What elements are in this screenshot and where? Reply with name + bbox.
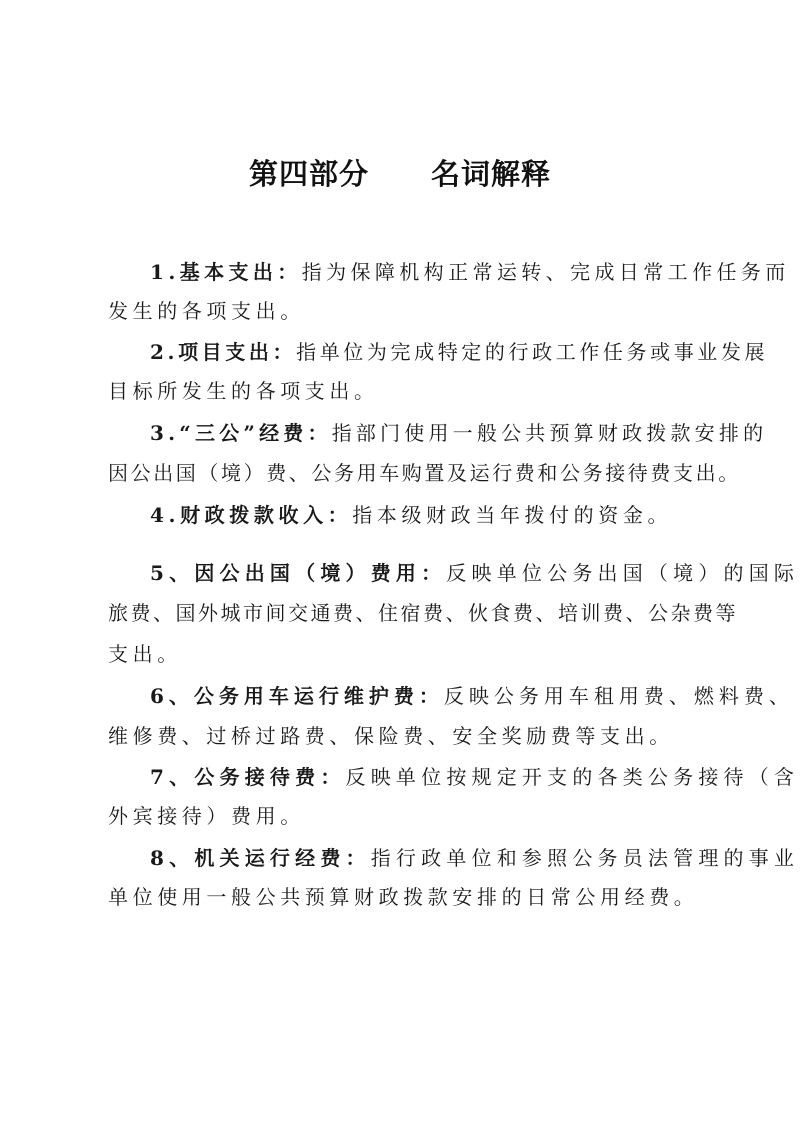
entry-text: 指为保障机构正常运转、完成日常工作任务而 — [302, 260, 790, 284]
entry-term: 4.财政拨款收入： — [150, 503, 352, 527]
entry-term: 2.项目支出： — [150, 340, 296, 364]
entry-text: 指部门使用一般公共预算财政拨款安排的 — [332, 421, 768, 445]
entry-text: 反映公务用车租用费、燃料费、 — [444, 684, 794, 708]
entry-3-line-1: 3.“三公”经费：指部门使用一般公共预算财政拨款安排的 — [150, 420, 710, 446]
title-name: 名词解释 — [431, 157, 551, 191]
entry-2-line-1: 2.项目支出：指单位为完成特定的行政工作任务或事业发展 — [150, 339, 710, 365]
entry-text: 反映单位公务出国（境）的国际 — [446, 561, 799, 585]
entry-8-line-2: 单位使用一般公共预算财政拨款安排的日常公用经费。 — [108, 884, 708, 910]
entry-text: 指行政单位和参照公务员法管理的事业 — [371, 846, 799, 870]
entry-term: 3.“三公”经费： — [150, 421, 332, 445]
entry-5-line-3: 支出。 — [108, 641, 708, 667]
entry-term: 5、因公出国（境）费用： — [150, 561, 446, 585]
entry-1-line-2: 发生的各项支出。 — [108, 298, 708, 324]
entry-5-line-1: 5、因公出国（境）费用：反映单位公务出国（境）的国际 — [150, 560, 710, 586]
entry-5-line-2: 旅费、国外城市间交通费、住宿费、伙食费、培训费、公杂费等 — [108, 600, 708, 626]
entry-text: 反映单位按规定开支的各类公务接待（含 — [346, 765, 800, 789]
entry-2-line-2: 目标所发生的各项支出。 — [108, 378, 708, 404]
page-title: 第四部分名词解释 — [0, 152, 800, 193]
entry-term: 1.基本支出： — [150, 260, 302, 284]
entry-3-line-2: 因公出国（境）费、公务用车购置及运行费和公务接待费支出。 — [108, 460, 708, 486]
entry-4-line-1: 4.财政拨款收入：指本级财政当年拨付的资金。 — [150, 502, 710, 528]
entry-6-line-1: 6、公务用车运行维护费：反映公务用车租用费、燃料费、 — [150, 683, 710, 709]
entry-term: 6、公务用车运行维护费： — [150, 684, 444, 708]
entry-text: 指本级财政当年拨付的资金。 — [352, 503, 672, 527]
entry-8-line-1: 8、机关运行经费：指行政单位和参照公务员法管理的事业 — [150, 845, 710, 871]
entry-term: 8、机关运行经费： — [150, 846, 371, 870]
entry-7-line-1: 7、公务接待费：反映单位按规定开支的各类公务接待（含 — [150, 764, 710, 790]
entry-1-line-1: 1.基本支出：指为保障机构正常运转、完成日常工作任务而 — [150, 259, 710, 285]
entry-6-line-2: 维修费、过桥过路费、保险费、安全奖励费等支出。 — [108, 723, 708, 749]
entry-text: 指单位为完成特定的行政工作任务或事业发展 — [296, 340, 768, 364]
title-part: 第四部分 — [249, 157, 369, 191]
entry-term: 7、公务接待费： — [150, 765, 346, 789]
entry-7-line-2: 外宾接待）费用。 — [108, 803, 708, 829]
